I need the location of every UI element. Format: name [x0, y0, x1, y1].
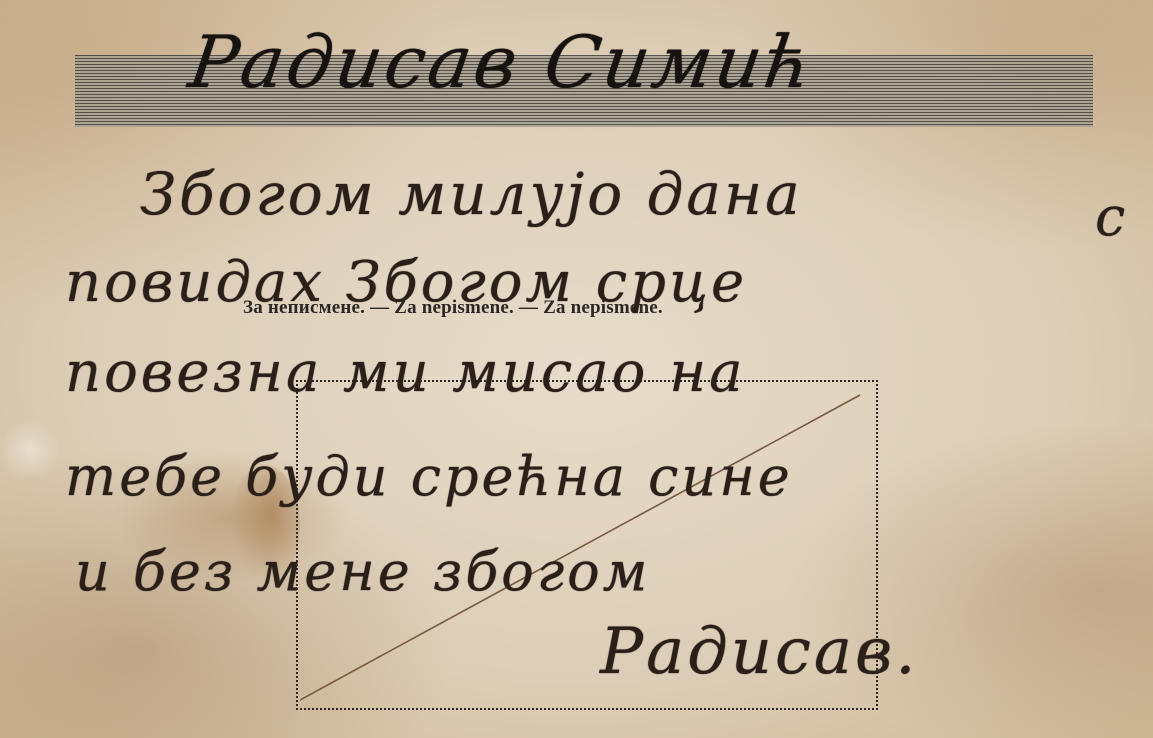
header-signature: Радисав Симић	[184, 20, 820, 104]
handwritten-line-4: тебе буди срећна сине	[65, 445, 793, 508]
handwritten-line-3: повезна ми мисао на	[65, 340, 745, 405]
handwritten-line-2: повидах Збогом срце	[65, 250, 747, 315]
postcard: Радисав Симић За неписмене. — Za nepisme…	[0, 0, 1153, 738]
closing-signature: Радисав.	[600, 615, 919, 689]
handwritten-line-5: и без мене збогом	[75, 540, 650, 603]
handwritten-line-1: Збогом милујо дана	[140, 160, 803, 228]
margin-mark: с	[1095, 185, 1128, 248]
paper-wear	[0, 420, 60, 480]
